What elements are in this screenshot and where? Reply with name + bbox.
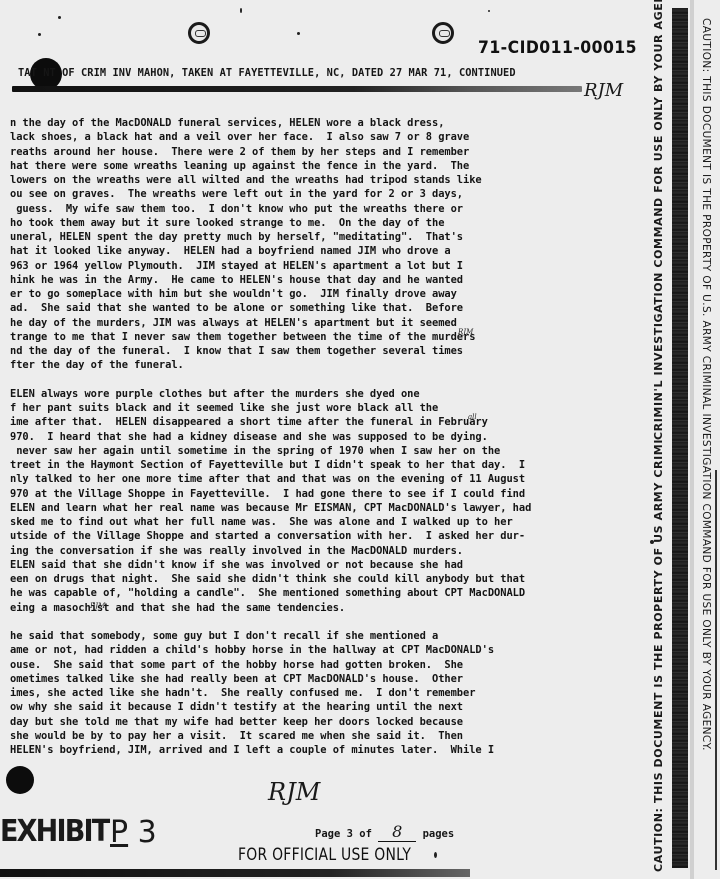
- caution-margin-right: CAUTION: THIS DOCUMENT IS THE PROPERTY O…: [700, 18, 712, 751]
- scan-speck: [488, 10, 490, 12]
- text-line: ow why she said it because I didn't test…: [10, 700, 610, 714]
- text-line: 963 or 1964 yellow Plymouth. JIM stayed …: [10, 259, 610, 273]
- text-line: ad. She said that she wanted to be alone…: [10, 301, 610, 315]
- text-line: nly talked to her one more time after th…: [10, 472, 610, 486]
- text-line: he was capable of, "holding a candle". S…: [10, 586, 610, 600]
- exhibit-digit: 3: [138, 815, 157, 850]
- text-line: reaths around her house. There were 2 of…: [10, 145, 610, 159]
- text-line: hat there were some wreaths leaning up a…: [10, 159, 610, 173]
- scan-speck: [297, 32, 300, 35]
- page-total: 8: [378, 822, 416, 842]
- paragraph: ELEN always wore purple clothes but afte…: [10, 387, 610, 615]
- text-line: een on drugs that night. She said she di…: [10, 572, 610, 586]
- text-line: n the day of the MacDONALD funeral servi…: [10, 116, 610, 130]
- text-line: ELEN and learn what her real name was be…: [10, 501, 610, 515]
- text-line: fter the day of the funeral.: [10, 358, 610, 372]
- seal-stamp-icon: [432, 22, 454, 44]
- text-line: he day of the murders, JIM was always at…: [10, 316, 610, 330]
- text-line: er to go someplace with him but she woul…: [10, 287, 610, 301]
- scan-speck: [58, 16, 61, 19]
- margin-band: [672, 8, 688, 868]
- text-line: never saw her again until sometime in th…: [10, 444, 610, 458]
- margin-strip: [690, 0, 694, 879]
- initials-top: RJM: [584, 80, 623, 101]
- text-line: ometimes talked like she had really been…: [10, 672, 610, 686]
- classification-marking: FOR OFFICIAL USE ONLY: [238, 845, 411, 865]
- text-line: she would be by to pay her a visit. It s…: [10, 729, 610, 743]
- exhibit-stamp: EXHIBIT: [0, 814, 108, 849]
- handwritten-annotation: RJM: [458, 328, 473, 336]
- caution-margin-upper: CRIMIN'L INVESTIGATION COMMAND FOR USE O…: [652, 0, 665, 440]
- text-line: ou see on graves. The wreaths were left …: [10, 187, 610, 201]
- text-line: ime after that. HELEN disappeared a shor…: [10, 415, 610, 429]
- text-line: nd the day of the funeral. I know that I…: [10, 344, 610, 358]
- statement-header: TAT NT OF CRIM INV MAHON, TAKEN AT FAYET…: [18, 67, 516, 79]
- text-line: 970 at the Village Shoppe in Fayettevill…: [10, 487, 610, 501]
- text-line: uneral, HELEN spent the day pretty much …: [10, 230, 610, 244]
- exhibit-letter: P: [110, 815, 128, 850]
- scanned-document-page: 71-CID011-00015 TAT NT OF CRIM INV MAHON…: [0, 0, 720, 879]
- document-number: 71-CID011-00015: [478, 38, 637, 58]
- scan-speck: [240, 8, 242, 13]
- text-line: hink he was in the Army. He came to HELE…: [10, 273, 610, 287]
- text-line: sked me to find out what her full name w…: [10, 515, 610, 529]
- text-line: ho took them away but it sure looked str…: [10, 216, 610, 230]
- text-line: ELEN said that she didn't know if she wa…: [10, 558, 610, 572]
- text-line: hat it looked like anyway. HELEN had a b…: [10, 244, 610, 258]
- text-line: lack shoes, a black hat and a veil over …: [10, 130, 610, 144]
- text-line: ing the conversation if she was really i…: [10, 544, 610, 558]
- text-line: treet in the Haymont Section of Fayettev…: [10, 458, 610, 472]
- text-line: imes, she acted like she hadn't. She rea…: [10, 686, 610, 700]
- text-line: utside of the Village Shoppe and started…: [10, 529, 610, 543]
- text-line: trange to me that I never saw them toget…: [10, 330, 610, 344]
- text-line: he said that somebody, some guy but I do…: [10, 629, 610, 643]
- text-line: lowers on the wreaths were all wilted an…: [10, 173, 610, 187]
- page-prefix: Page 3 of: [315, 828, 372, 840]
- page-suffix: pages: [423, 828, 455, 840]
- margin-rule: [715, 470, 717, 870]
- caution-margin-lower: CAUTION: THIS DOCUMENT IS THE PROPERTY O…: [652, 439, 665, 872]
- text-line: day but she told me that my wife had bet…: [10, 715, 610, 729]
- text-line: ELEN always wore purple clothes but afte…: [10, 387, 610, 401]
- page-count: Page 3 of 8 pages: [315, 822, 454, 842]
- text-line: 970. I heard that she had a kidney disea…: [10, 430, 610, 444]
- text-line: guess. My wife saw them too. I don't kno…: [10, 202, 610, 216]
- header-rule: [12, 86, 582, 92]
- handwritten-annotation: RJM: [90, 602, 105, 610]
- initials-bottom: RJM: [268, 778, 320, 806]
- handwritten-annotation: all: [468, 413, 477, 421]
- paragraph: n the day of the MacDONALD funeral servi…: [10, 116, 610, 373]
- scan-speck: [434, 852, 437, 858]
- text-line: f her pant suits black and it seemed lik…: [10, 401, 610, 415]
- seal-stamp-icon: [188, 22, 210, 44]
- text-line: ouse. She said that some part of the hob…: [10, 658, 610, 672]
- statement-body: n the day of the MacDONALD funeral servi…: [10, 116, 610, 772]
- text-line: ame or not, had ridden a child's hobby h…: [10, 643, 610, 657]
- footer-rule: [0, 869, 470, 877]
- exhibit-number: P 3: [110, 815, 157, 850]
- text-line: HELEN's boyfriend, JIM, arrived and I le…: [10, 743, 610, 757]
- paragraph: he said that somebody, some guy but I do…: [10, 629, 610, 757]
- scan-speck: [38, 33, 41, 36]
